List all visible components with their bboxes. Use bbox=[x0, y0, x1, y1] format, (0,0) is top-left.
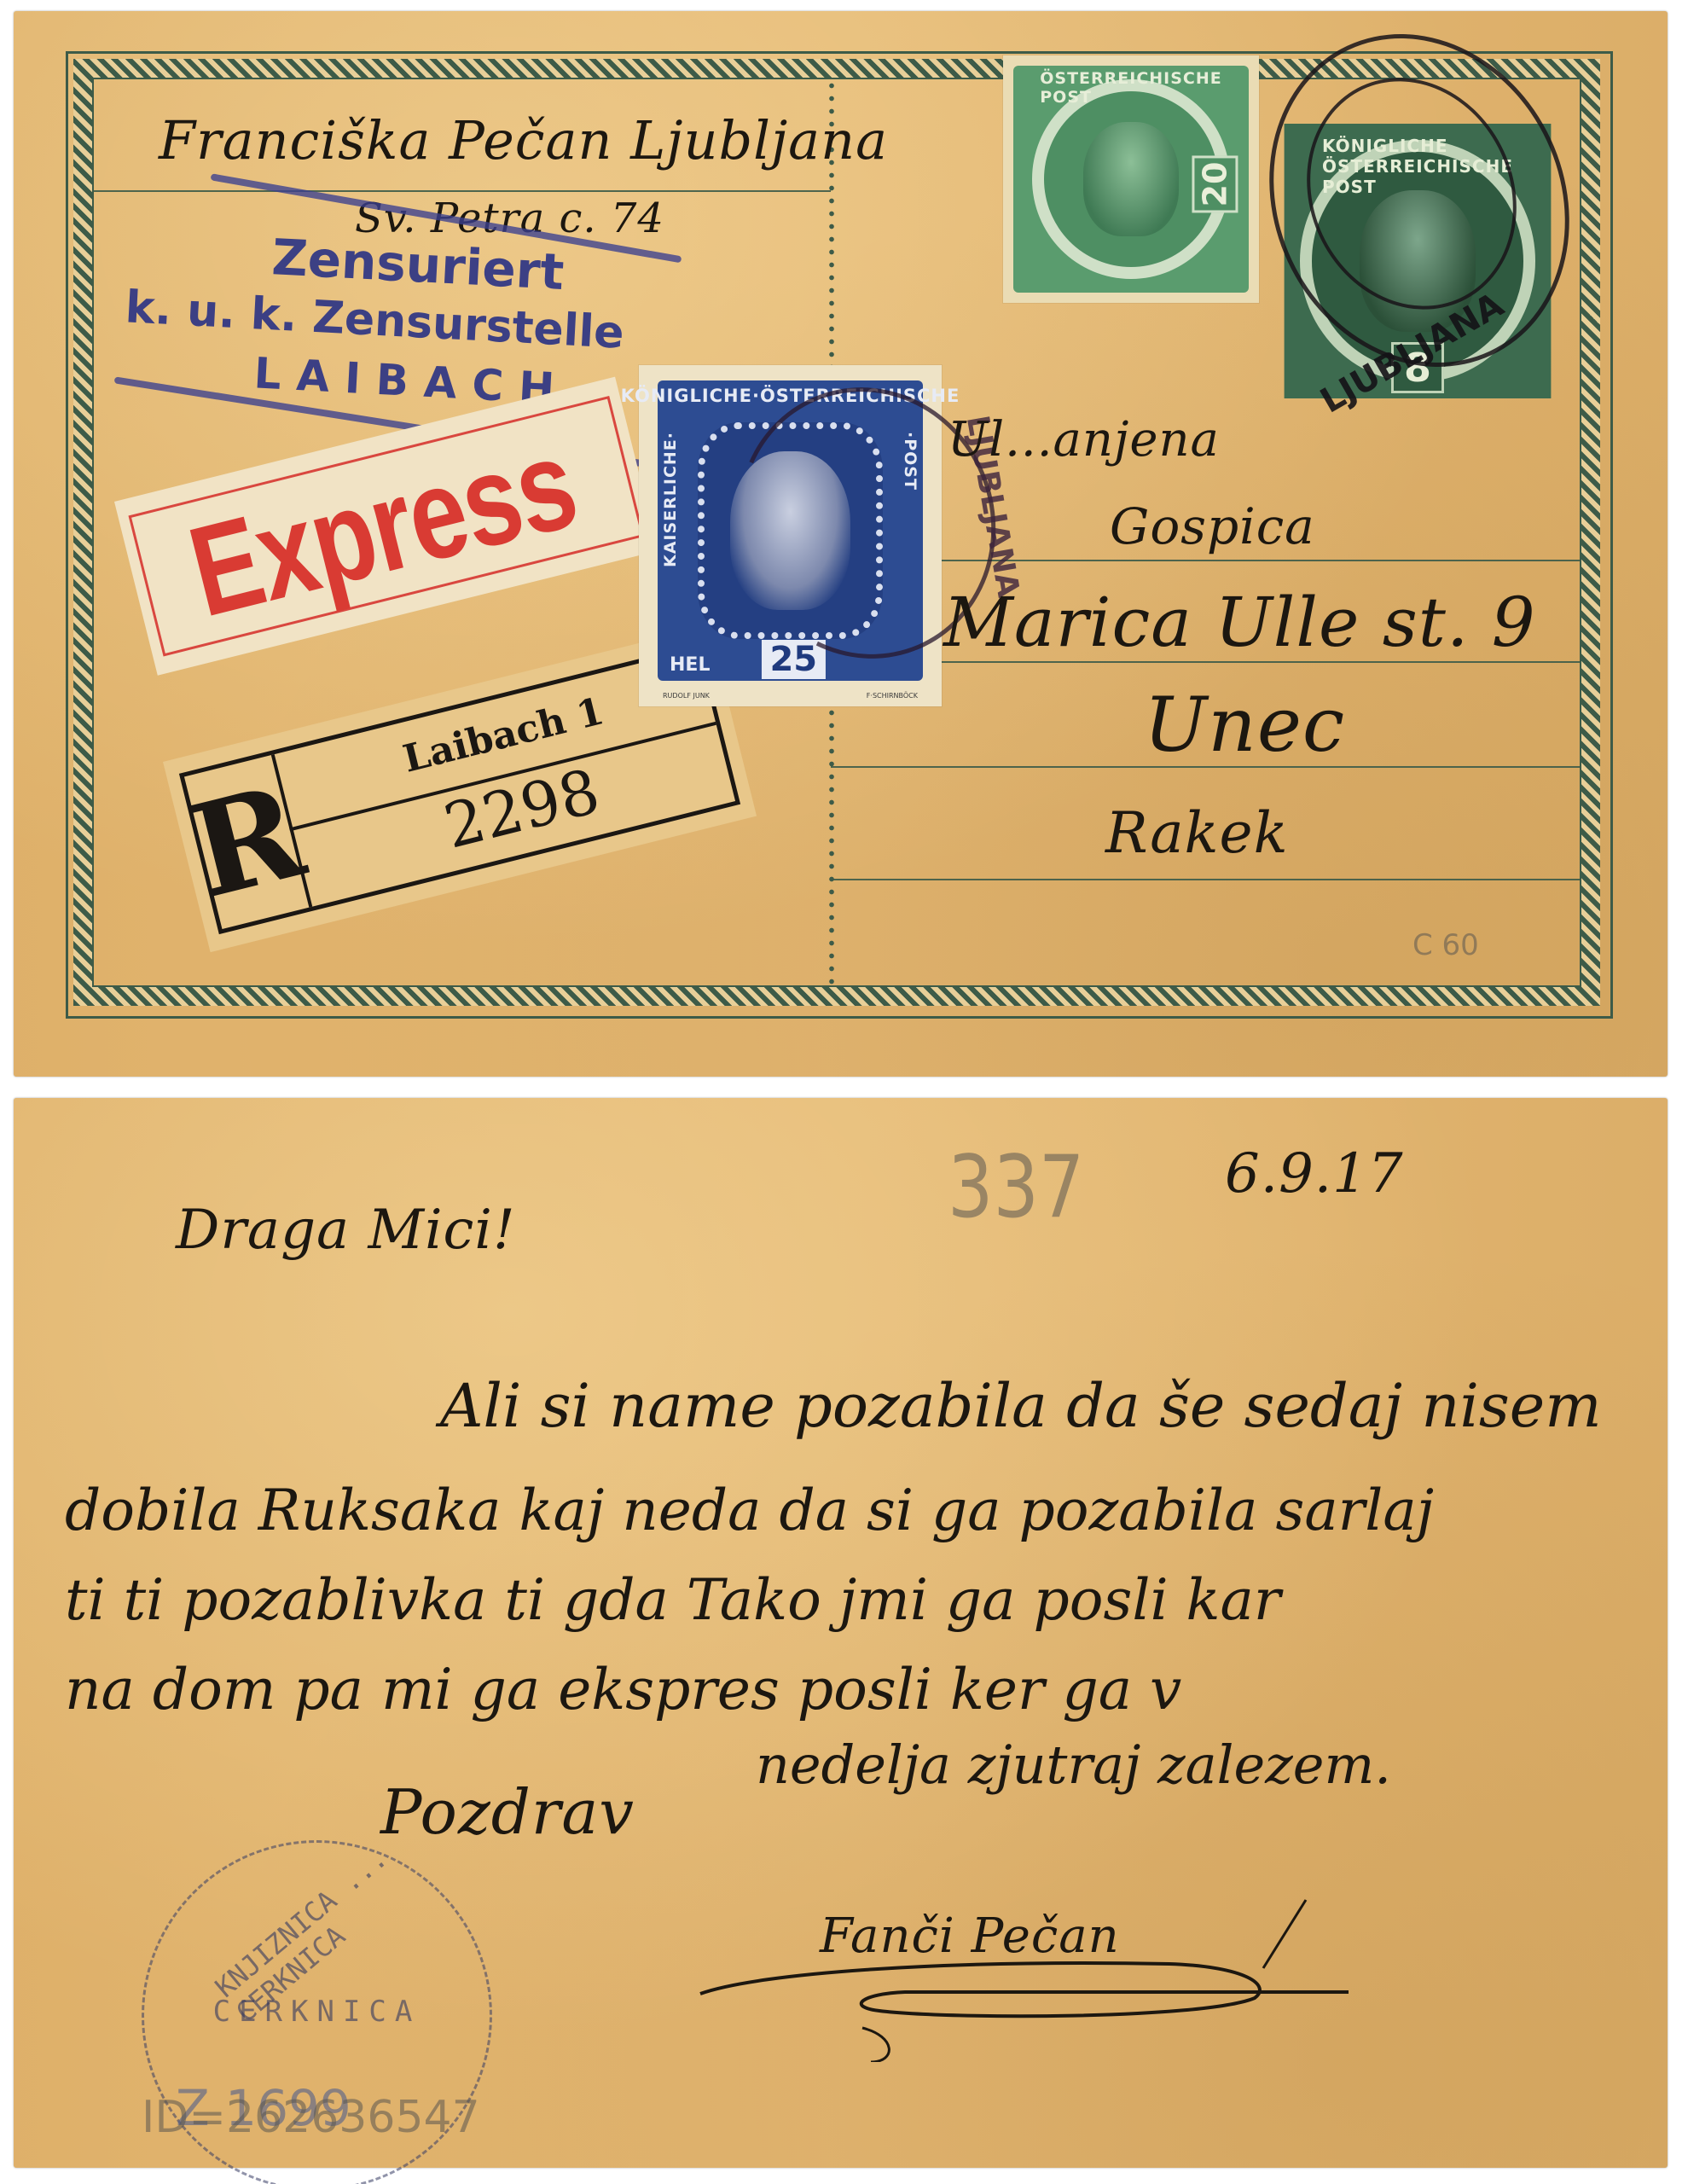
portrait-emperor-karl bbox=[1083, 122, 1179, 236]
letter-date: 6.9.17 bbox=[1225, 1142, 1404, 1205]
stamp-20-heller-green: ÖSTERREICHISCHE POST 20 bbox=[1003, 55, 1259, 303]
sender-name: Franciška Pečan Ljubljana bbox=[159, 109, 888, 171]
archive-number: 337 bbox=[948, 1136, 1084, 1237]
letter-line-3: ti ti pozablivka ti gda Tako jmi ga posl… bbox=[65, 1567, 1280, 1633]
green-stamp-value: 20 bbox=[1192, 155, 1238, 212]
id-note: ID=262636547 bbox=[142, 2092, 480, 2143]
postcard-back: 337 6.9.17 Draga Mici! Ali si name pozab… bbox=[14, 1098, 1668, 2168]
letter-continuation: nedelja zjutraj zalezem. bbox=[756, 1734, 1391, 1796]
sender-rule bbox=[92, 190, 831, 192]
address-rule-4 bbox=[831, 879, 1581, 880]
address-name: Marica Ulle st. 9 bbox=[943, 583, 1536, 662]
library-stamp-center: CERKNICA bbox=[144, 1995, 490, 2029]
blue-stamp-left-text: KAISERLICHE· bbox=[661, 432, 680, 567]
engraver-right: F·SCHIRNBÖCK bbox=[867, 692, 918, 700]
blue-stamp-unit: HEL bbox=[670, 654, 710, 676]
address-salutation: Ul...anjena bbox=[948, 412, 1220, 468]
letter-line-1: Ali si name pozabila da še sedaj nisem bbox=[440, 1371, 1602, 1441]
postcard-front: Franciška Pečan Ljubljana Sv. Petra c. 7… bbox=[14, 11, 1668, 1077]
green-stamp-top-text: ÖSTERREICHISCHE POST bbox=[1040, 69, 1222, 107]
signature: Fanči Pečan bbox=[692, 1891, 1357, 2062]
address-town: Unec bbox=[1144, 681, 1345, 769]
letter-greeting: Draga Mici! bbox=[176, 1199, 516, 1262]
letter-line-4: na dom pa mi ga ekspres posli ker ga v bbox=[65, 1657, 1181, 1722]
letter-line-2: dobila Ruksaka kaj neda da si ga pozabil… bbox=[65, 1478, 1434, 1543]
signature-text: Fanči Pečan bbox=[820, 1908, 1120, 1964]
registration-letter: R bbox=[184, 754, 312, 929]
address-post: Rakek bbox=[1105, 800, 1289, 866]
library-stamp-ring-text: KNJIZNICA ... CERKNICA bbox=[209, 1790, 476, 2029]
address-title: Gospica bbox=[1110, 497, 1315, 555]
pencil-note: C 60 bbox=[1412, 928, 1479, 962]
engraver-left: RUDOLF JUNK bbox=[663, 692, 710, 700]
